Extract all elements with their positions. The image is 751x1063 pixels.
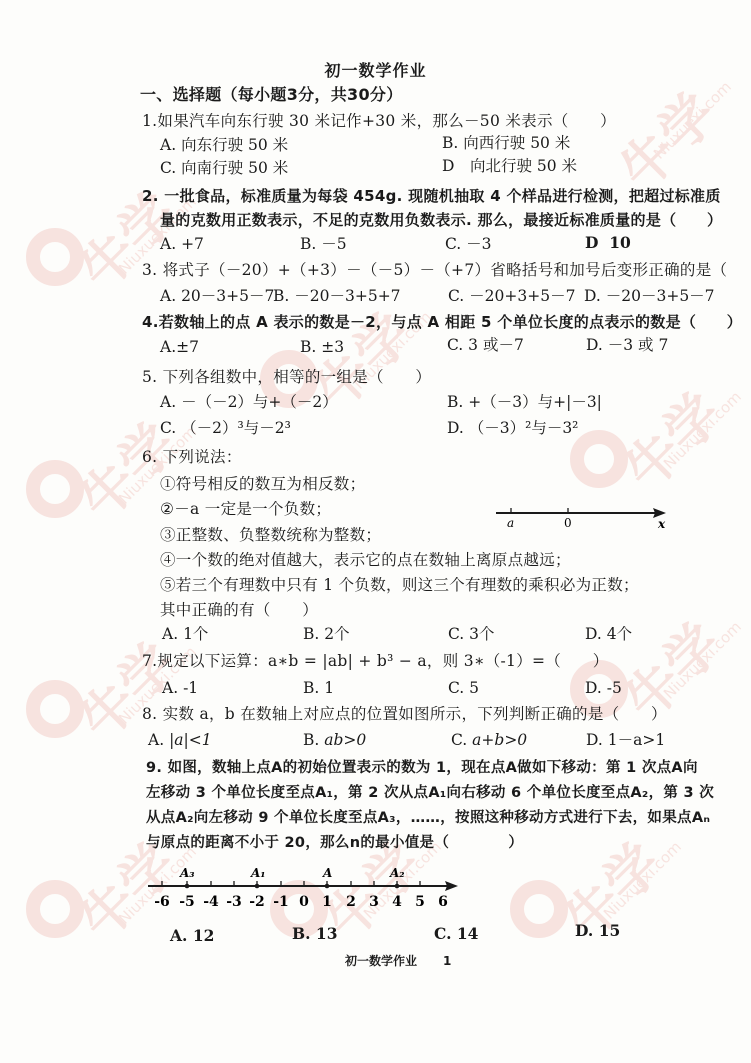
footer-label: 初一数学作业 <box>345 954 417 968</box>
question-4: 4.若数轴上的点 A 表示的数是－2，与点 A 相距 5 个单位长度的点表示的数… <box>142 311 742 333</box>
svg-text:-2: -2 <box>249 894 265 910</box>
question-number: 7. <box>142 652 157 670</box>
option-7-a[interactable]: A. -1 <box>162 677 198 699</box>
option-6-b[interactable]: B. 2个 <box>303 623 350 645</box>
question-number: 5. <box>142 368 157 386</box>
statement-4: ④一个数的绝对值越大，表示它的点在数轴上离原点越远； <box>160 549 571 571</box>
option-5-c[interactable]: C. （－2）³与－2³ <box>160 417 291 439</box>
question-stem: 下列说法： <box>163 448 242 466</box>
svg-text:-3: -3 <box>226 894 242 910</box>
question-stem: 若数轴上的点 A 表示的数是－2，与点 A 相距 5 个单位长度的点表示的数是（… <box>159 313 742 331</box>
question-number: 3. <box>142 261 157 279</box>
svg-text:5: 5 <box>415 894 425 910</box>
option-5-b[interactable]: B. +（－3）与+|－3| <box>447 391 602 413</box>
question-1: 1.如果汽车向东行驶 30 米记作+30 米，那么－50 米表示（ ） <box>142 110 616 132</box>
svg-text:0: 0 <box>299 894 309 910</box>
option-2-c[interactable]: C. －3 <box>445 233 492 255</box>
question-9-cont-3: 与原点的距离不小于 20，那么n的最小值是（ ） <box>146 832 523 854</box>
label-a2: A₂ <box>389 866 405 880</box>
point-a2 <box>395 884 400 889</box>
page-number: 1 <box>443 954 451 968</box>
question-8: 8. 实数 a，b 在数轴上对应点的位置如图所示，下列判断正确的是（ ） <box>142 703 667 725</box>
watermark: 牛学 Niuxuexi.com <box>560 0 750 200</box>
option-4-b[interactable]: B. ±3 <box>300 336 344 358</box>
svg-text:-6: -6 <box>154 894 170 910</box>
option-9-b[interactable]: B. 13 <box>292 923 337 945</box>
question-stem: 如果汽车向东行驶 30 米记作+30 米，那么－50 米表示（ ） <box>157 112 616 130</box>
option-3-a[interactable]: A. 20－3+5－7 <box>160 285 274 307</box>
question-3: 3. 将式子（－20）+（+3）－（－5）－（+7）省略括号和加号后变形正确的是… <box>142 259 751 281</box>
option-8-d[interactable]: D. 1－a>1 <box>586 729 665 751</box>
svg-text:-4: -4 <box>203 894 219 910</box>
question-number: 9. <box>146 760 162 776</box>
label-a: a <box>507 516 514 530</box>
svg-text:-5: -5 <box>179 894 195 910</box>
option-3-d[interactable]: D. －20－3+5－7 <box>584 285 715 307</box>
question-number: 2. <box>142 187 159 205</box>
option-5-d[interactable]: D. （－3）²与－3² <box>447 417 578 439</box>
option-7-b[interactable]: B. 1 <box>303 677 334 699</box>
option-2-a[interactable]: A. +7 <box>160 233 204 255</box>
option-9-c[interactable]: C. 14 <box>434 923 478 945</box>
statement-3: ③正整数、负整数统称为整数； <box>160 524 381 546</box>
svg-text:4: 4 <box>392 894 402 910</box>
question-number: 6. <box>142 448 157 466</box>
label-a: A <box>322 866 332 880</box>
question-2: 2. 一批食品，标准质量为每袋 454g. 现随机抽取 4 个样品进行检测，把超… <box>142 185 721 207</box>
point-a <box>325 884 330 889</box>
label-zero: 0 <box>564 516 572 530</box>
option-4-d[interactable]: D. －3 或 7 <box>586 334 668 356</box>
question-stem: 将式子（－20）+（+3）－（－5）－（+7）省略括号和加号后变形正确的是（ ） <box>163 261 751 279</box>
number-line-figure-q9: A₃ A₁ A A₂ -6 -5 -4 -3 -2 -1 0 1 2 3 4 5… <box>140 862 470 914</box>
option-8-b[interactable]: B. ab>0 <box>303 729 366 751</box>
option-1-a[interactable]: A. 向东行驶 50 米 <box>160 134 288 156</box>
question-stem: 实数 a，b 在数轴上对应点的位置如图所示，下列判断正确的是（ ） <box>163 705 667 723</box>
svg-text:1: 1 <box>322 894 332 910</box>
option-4-a[interactable]: A.±7 <box>160 336 199 358</box>
option-1-b[interactable]: B. 向西行驶 50 米 <box>442 132 570 154</box>
question-7: 7.规定以下运算：a∗b = |ab| + b³ − a，则 3∗（-1）=（ … <box>142 650 609 672</box>
question-stem: 如图，数轴上点A的初始位置表示的数为 1，现在点A做如下移动：第 1 次点A向 <box>168 760 698 776</box>
statement-5: ⑤若三个有理数中只有 1 个负数，则这三个有理数的乘积必为正数； <box>160 574 639 596</box>
option-3-c[interactable]: C. －20+3+5－7 <box>448 285 575 307</box>
svg-text:-1: -1 <box>273 894 289 910</box>
svg-text:3: 3 <box>369 894 379 910</box>
question-prompt: 其中正确的有（ ） <box>160 599 318 621</box>
statement-2: ②－a 一定是一个负数； <box>160 498 331 520</box>
option-9-d[interactable]: D. 15 <box>575 920 620 942</box>
page-footer: 初一数学作业1 <box>345 952 451 969</box>
option-9-a[interactable]: A. 12 <box>170 925 214 947</box>
question-stem: 一批食品，标准质量为每袋 454g. 现随机抽取 4 个样品进行检测，把超过标准… <box>164 187 720 205</box>
question-number: 1. <box>142 112 157 130</box>
section-header: 一、选择题（每小题3分，共30分） <box>140 84 403 106</box>
svg-text:6: 6 <box>438 894 448 910</box>
svg-text:2: 2 <box>346 894 356 910</box>
page-title: 初一数学作业 <box>0 58 751 81</box>
point-a3 <box>185 884 190 889</box>
question-number: 8. <box>142 705 157 723</box>
option-2-b[interactable]: B. －5 <box>300 233 347 255</box>
option-2-d[interactable]: D 10 <box>585 232 631 254</box>
option-6-d[interactable]: D. 4个 <box>585 623 632 645</box>
option-4-c[interactable]: C. 3 或－7 <box>447 334 524 356</box>
point-a1 <box>255 884 260 889</box>
option-8-c[interactable]: C. a+b>0 <box>451 729 527 751</box>
question-5: 5. 下列各组数中，相等的一组是（ ） <box>142 366 431 388</box>
option-3-b[interactable]: B. －20－3+5+7 <box>273 285 401 307</box>
label-a3: A₃ <box>179 866 195 880</box>
question-stem: 下列各组数中，相等的一组是（ ） <box>163 368 432 386</box>
question-stem: 规定以下运算：a∗b = |ab| + b³ − a，则 3∗（-1）=（ ） <box>157 652 608 670</box>
option-6-c[interactable]: C. 3个 <box>448 623 495 645</box>
question-9: 9. 如图，数轴上点A的初始位置表示的数为 1，现在点A做如下移动：第 1 次点… <box>146 757 698 779</box>
question-number: 4. <box>142 313 159 331</box>
question-9-cont-2: 从点A₂向左移动 9 个单位长度至点A₃，……，按照这种移动方式进行下去，如果点… <box>146 807 710 829</box>
option-5-a[interactable]: A. －（－2）与+（－2） <box>160 391 338 413</box>
question-2-cont: 量的克数用正数表示，不足的克数用负数表示. 那么，最接近标准质量的是（ ） <box>160 209 722 231</box>
option-6-a[interactable]: A. 1个 <box>162 623 208 645</box>
option-1-d[interactable]: D 向北行驶 50 米 <box>442 155 577 177</box>
question-6: 6. 下列说法： <box>142 446 242 468</box>
statement-1: ①符号相反的数互为相反数； <box>160 473 365 495</box>
option-7-d[interactable]: D. -5 <box>585 677 622 699</box>
label-x: x <box>657 517 666 531</box>
option-7-c[interactable]: C. 5 <box>448 677 479 699</box>
option-1-c[interactable]: C. 向南行驶 50 米 <box>160 157 288 179</box>
label-a1: A₁ <box>250 866 266 880</box>
question-9-cont-1: 左移动 3 个单位长度至点A₁，第 2 次从点A₁向右移动 6 个单位长度至点A… <box>146 782 714 804</box>
option-8-a[interactable]: A. |a|<1 <box>148 729 212 751</box>
number-line-figure-ab: a 0 x <box>490 500 670 532</box>
